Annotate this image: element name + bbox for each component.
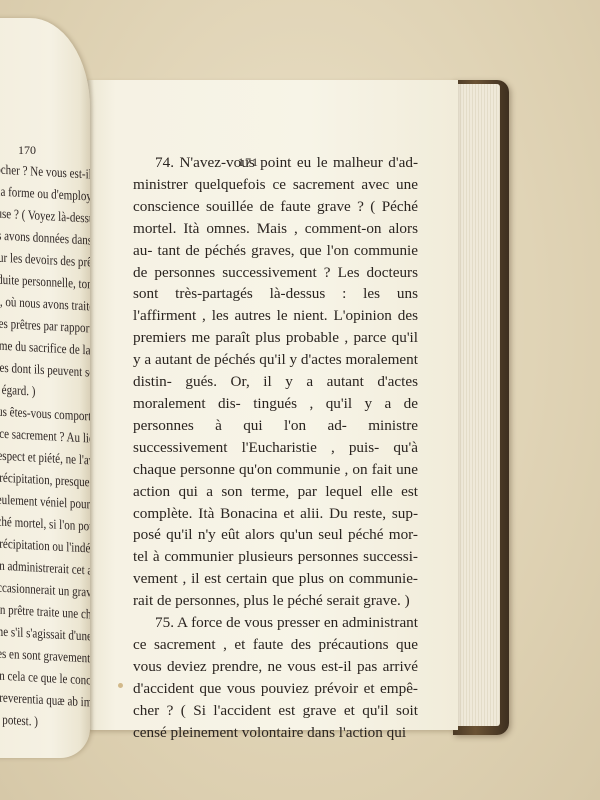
page-number-170: 170 [18, 143, 36, 158]
right-page: 74. N'avez-vous point eu le malheur d'ad… [86, 80, 458, 730]
left-page-text: procher ? Ne vous est-il pas er la forme… [0, 158, 90, 736]
paragraph-75: 75. A force de vous presser en administr… [133, 612, 418, 743]
right-page-text: 74. N'avez-vous point eu le malheur d'ad… [133, 152, 418, 743]
page-edges [452, 84, 500, 726]
paragraph-74: 74. N'avez-vous point eu le malheur d'ad… [133, 152, 418, 612]
left-page: 170 procher ? Ne vous est-il pas er la f… [0, 18, 90, 758]
paragraph-number: 74. [155, 154, 174, 171]
page-number-171: 171 [238, 155, 259, 170]
paragraph-number: 75. [155, 614, 174, 631]
foxing-spot [118, 683, 123, 688]
